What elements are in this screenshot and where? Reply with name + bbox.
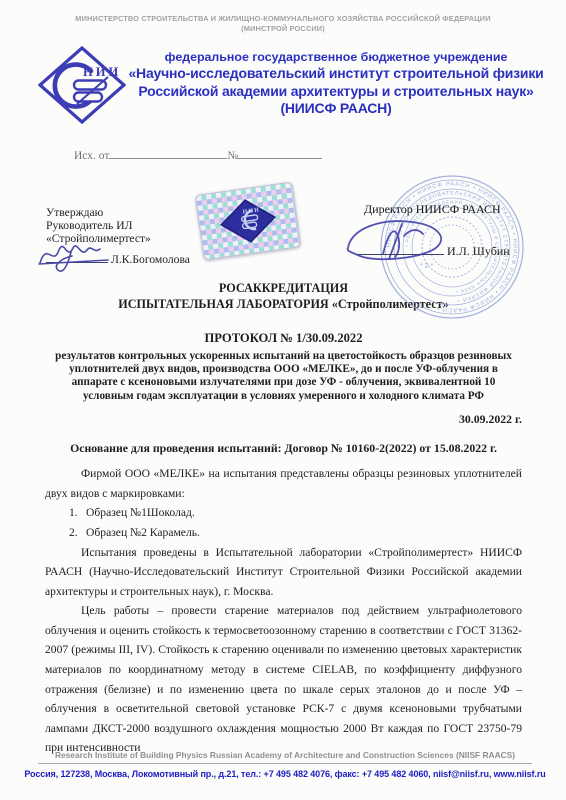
approval-block: Утверждаю Руководитель ИЛ «Стройполимерт…: [46, 206, 190, 266]
org-line3: Российской академии архитектуры и строит…: [110, 83, 562, 101]
test-basis: Основание для проведения испытаний: Дого…: [45, 441, 522, 456]
protocol-date: 30.09.2022 г.: [45, 412, 522, 427]
samples-list: 1.Образец №1Шоколад. 2.Образец №2 Караме…: [45, 503, 522, 542]
approval-signature-row: Л.К.Богомолова: [46, 252, 190, 266]
subtitle-line-2: уплотнителей двух видов, производства ОО…: [45, 363, 522, 376]
approval-line1: Утверждаю: [46, 206, 190, 219]
hologram-diamond-icon: НИИ: [214, 194, 282, 248]
subtitle-line-1: результатов контрольных ускоренных испыт…: [45, 350, 522, 363]
protocol-title: ПРОТОКОЛ № 1/30.09.2022: [45, 331, 522, 347]
accreditation-title: РОСАККРЕДИТАЦИЯ: [45, 281, 522, 297]
ministry-line2: (МИНСТРОЙ РОССИИ): [28, 24, 538, 34]
sample-number: 2.: [69, 523, 86, 543]
scanned-protocol-page: МИНИСТЕРСТВО СТРОИТЕЛЬСТВА И ЖИЛИЩНО-КОМ…: [0, 0, 566, 800]
number-label: №: [227, 150, 238, 162]
number-blank: [238, 147, 322, 159]
organisation-name: федеральное государственное бюджетное уч…: [110, 49, 562, 118]
sample-number: 1.: [69, 503, 86, 523]
ministry-line1: МИНИСТЕРСТВО СТРОИТЕЛЬСТВА И ЖИЛИЩНО-КОМ…: [28, 14, 538, 24]
subtitle-line-4: условным годам эксплуатации в условиях у…: [45, 390, 522, 403]
director-name: И.Л. Шубин: [447, 244, 510, 258]
shubin-signature-icon: [338, 212, 456, 269]
hologram-sticker: НИИ: [195, 182, 301, 261]
sample-text: Образец №1Шоколад.: [86, 506, 195, 519]
sample-item-1: 1.Образец №1Шоколад.: [45, 503, 522, 523]
document-body: РОСАККРЕДИТАЦИЯ ИСПЫТАТЕЛЬНАЯ ЛАБОРАТОРИ…: [45, 281, 522, 758]
sample-item-2: 2.Образец №2 Карамель.: [45, 523, 522, 543]
paragraph-goal: Цель работы – провести старение материал…: [45, 601, 522, 758]
footer-address: Россия, 127238, Москва, Локомотивный пр.…: [8, 769, 562, 779]
bogomolova-signature-icon: [36, 230, 120, 276]
subtitle-line-3: аппарате с ксеноновыми излучателями при …: [45, 376, 522, 389]
paragraph-laboratory: Испытания проведены в Испытательной лабо…: [45, 543, 522, 602]
protocol-subtitle: результатов контрольных ускоренных испыт…: [45, 350, 522, 404]
outgoing-blank: [109, 147, 227, 159]
laboratory-title: ИСПЫТАТЕЛЬНАЯ ЛАБОРАТОРИЯ «Стройполимерт…: [45, 297, 522, 313]
director-name-row: И.Л. Шубин: [358, 244, 510, 259]
org-line2: «Научно-исследовательский институт строи…: [110, 65, 562, 83]
approval-name: Л.К.Богомолова: [111, 253, 190, 266]
reference-line: Исх. от№: [74, 147, 322, 162]
org-line1: федеральное государственное бюджетное уч…: [110, 49, 562, 65]
ministry-header: МИНИСТЕРСТВО СТРОИТЕЛЬСТВА И ЖИЛИЩНО-КОМ…: [28, 14, 538, 33]
director-signature-line: [358, 244, 444, 255]
org-line4: (НИИСФ РААСН): [110, 100, 562, 118]
paragraph-intro: Фирмой ООО «МЕЛКЕ» на испытания представ…: [45, 464, 522, 503]
sample-text: Образец №2 Карамель.: [86, 526, 200, 539]
outgoing-label: Исх. от: [74, 150, 109, 162]
